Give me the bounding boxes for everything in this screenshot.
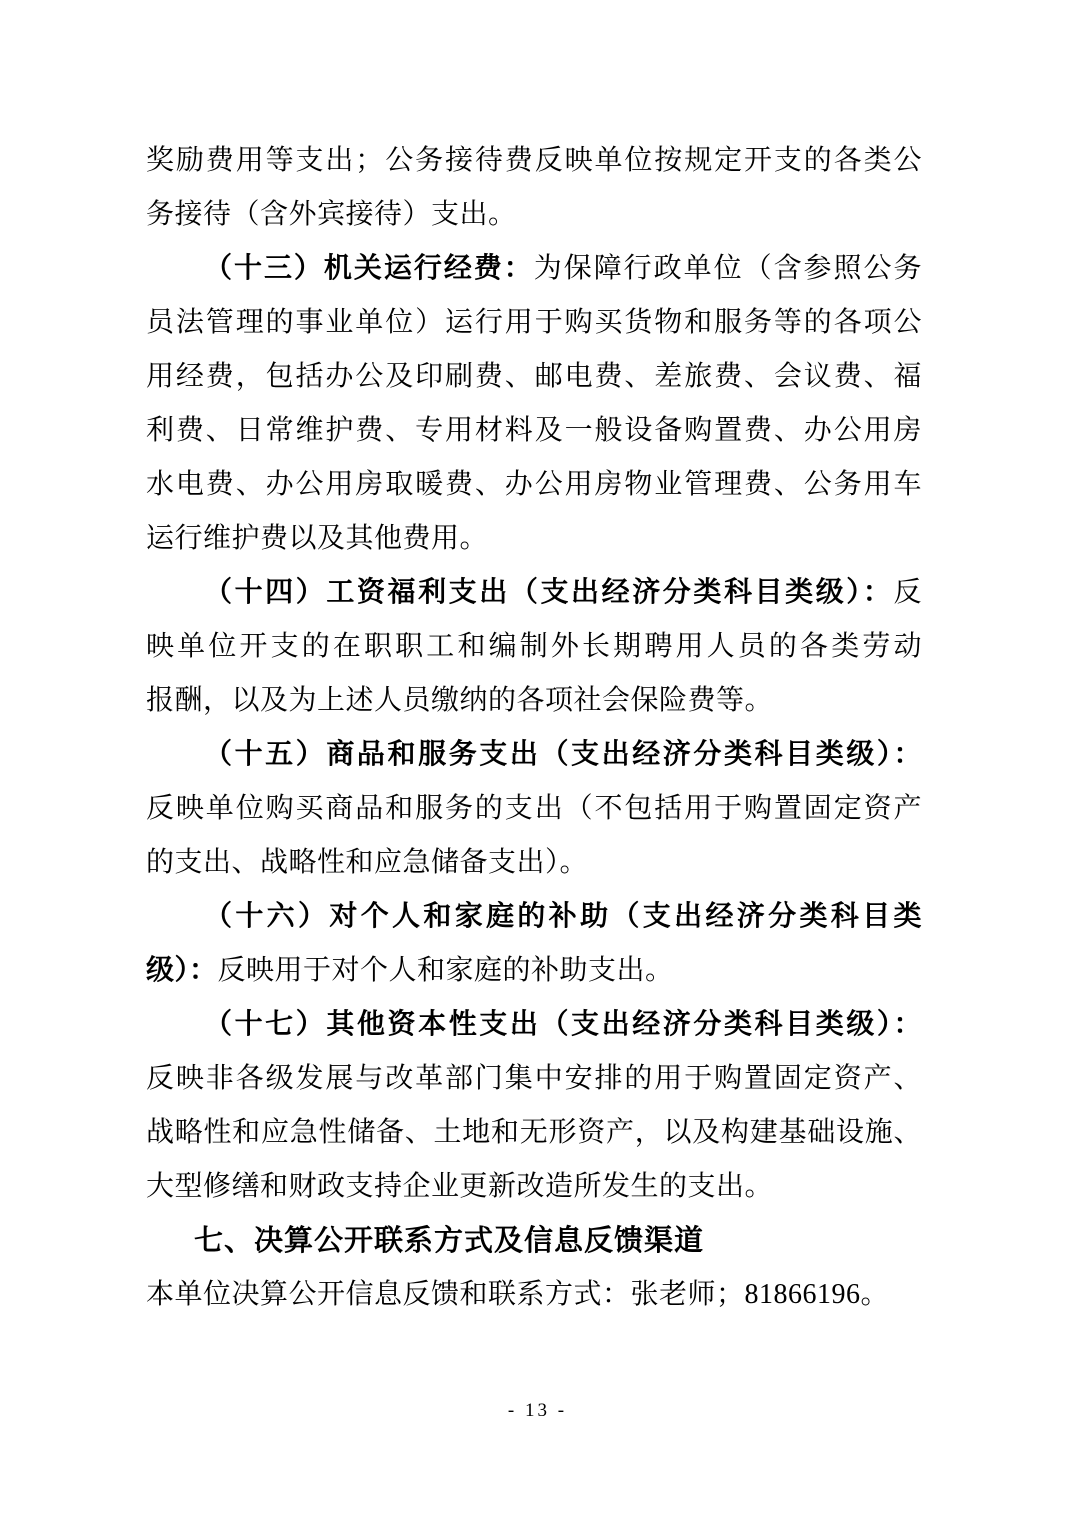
text-line: 报酬，以及为上述人员缴纳的各项社会保险费等。 <box>146 674 922 728</box>
text-line: （十四）工资福利支出（支出经济分类科目类级）：反 <box>146 566 922 620</box>
text-line: （十三）机关运行经费：为保障行政单位（含参照公务 <box>146 242 922 296</box>
section-heading: 七、决算公开联系方式及信息反馈渠道 <box>146 1214 922 1268</box>
bold-lead: 级）： <box>146 955 218 986</box>
text-line: （十七）其他资本性支出（支出经济分类科目类级）： <box>146 998 922 1052</box>
bold-lead: （十七）其他资本性支出（支出经济分类科目类级）： <box>204 1009 922 1040</box>
text-line: 奖励费用等支出；公务接待费反映单位按规定开支的各类公 <box>146 134 922 188</box>
text-line: 本单位决算公开信息反馈和联系方式：张老师；81866196。 <box>146 1268 922 1322</box>
text-line: 映单位开支的在职职工和编制外长期聘用人员的各类劳动 <box>146 620 922 674</box>
bold-lead: （十五）商品和服务支出（支出经济分类科目类级）： <box>204 739 922 770</box>
text-line: （十六）对个人和家庭的补助（支出经济分类科目类 <box>146 890 922 944</box>
bold-lead: （十三）机关运行经费： <box>204 253 534 284</box>
text-line: 的支出、战略性和应急储备支出）。 <box>146 836 922 890</box>
bold-lead: （十六）对个人和家庭的补助（支出经济分类科目类 <box>204 901 922 932</box>
text-line: 战略性和应急性储备、土地和无形资产，以及构建基础设施、 <box>146 1106 922 1160</box>
page-number: - 13 - <box>0 1400 1075 1422</box>
text-line: 运行维护费以及其他费用。 <box>146 512 922 566</box>
document-body: 奖励费用等支出；公务接待费反映单位按规定开支的各类公务接待（含外宾接待）支出。（… <box>146 134 922 1322</box>
text-line: 利费、日常维护费、专用材料及一般设备购置费、办公用房 <box>146 404 922 458</box>
text-line: 务接待（含外宾接待）支出。 <box>146 188 922 242</box>
text-line: 反映非各级发展与改革部门集中安排的用于购置固定资产、 <box>146 1052 922 1106</box>
text-line: 级）：反映用于对个人和家庭的补助支出。 <box>146 944 922 998</box>
text-line: 水电费、办公用房取暖费、办公用房物业管理费、公务用车 <box>146 458 922 512</box>
text-line: 反映单位购买商品和服务的支出（不包括用于购置固定资产 <box>146 782 922 836</box>
text-line: 用经费，包括办公及印刷费、邮电费、差旅费、会议费、福 <box>146 350 922 404</box>
text-line: 大型修缮和财政支持企业更新改造所发生的支出。 <box>146 1160 922 1214</box>
document-page: 奖励费用等支出；公务接待费反映单位按规定开支的各类公务接待（含外宾接待）支出。（… <box>0 0 1075 1520</box>
text-line: （十五）商品和服务支出（支出经济分类科目类级）： <box>146 728 922 782</box>
bold-lead: （十四）工资福利支出（支出经济分类科目类级）： <box>204 577 893 608</box>
text-line: 员法管理的事业单位）运行用于购买货物和服务等的各项公 <box>146 296 922 350</box>
